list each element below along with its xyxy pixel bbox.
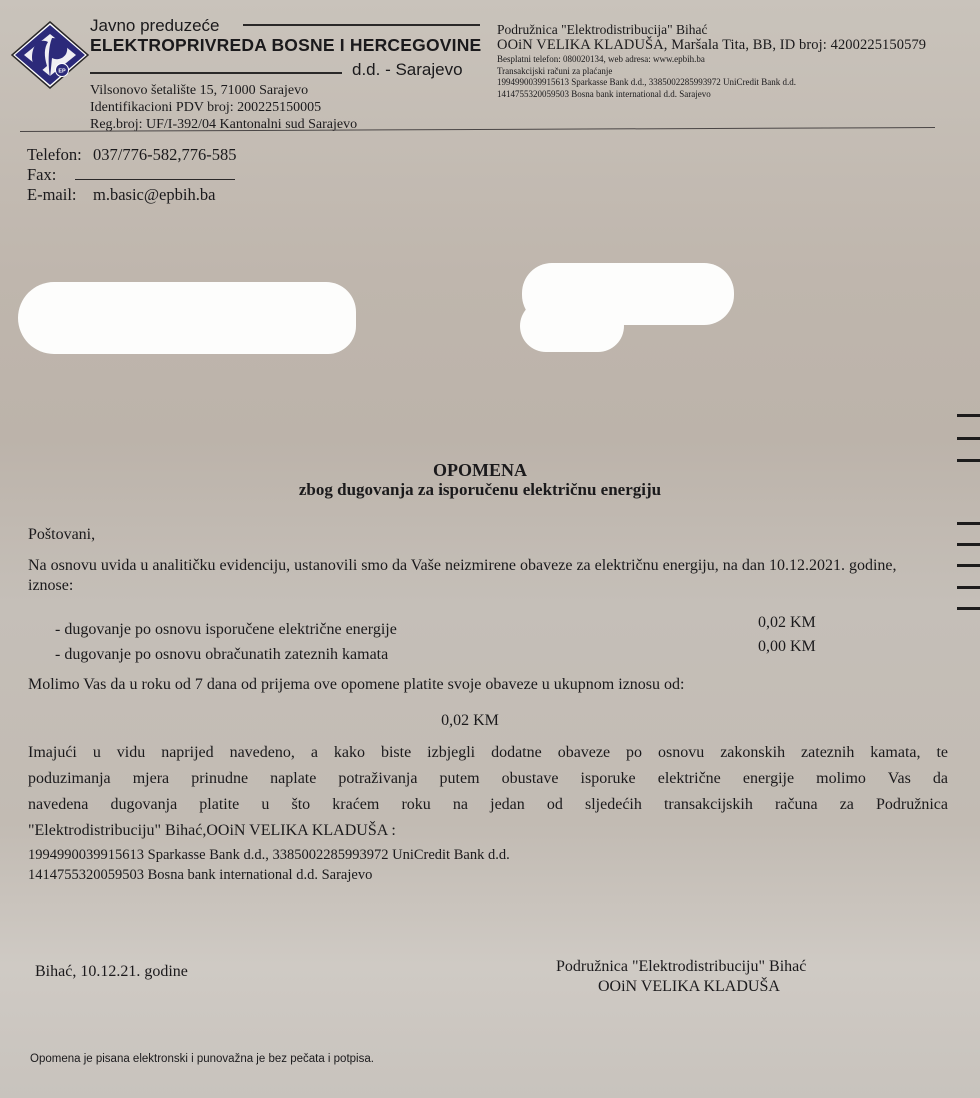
signature-unit: OOiN VELIKA KLADUŠA bbox=[598, 978, 780, 996]
address-line: Vilsonovo šetalište 15, 71000 Sarajevo bbox=[90, 82, 357, 99]
email-value: m.basic@epbih.ba bbox=[93, 185, 215, 205]
edge-tick-mark bbox=[957, 522, 980, 525]
branch-phone-web: Besplatni telefon: 080020134, web adresa… bbox=[497, 54, 926, 66]
redacted-recipient-name bbox=[18, 282, 356, 354]
fax-value-line bbox=[75, 165, 235, 180]
bank-account-line: 1414755320059503 Bosna bank internationa… bbox=[28, 867, 372, 884]
debt-item-amount: 0,00 KM bbox=[758, 637, 816, 657]
fax-label: Fax: bbox=[27, 165, 75, 185]
branch-name: Podružnica "Elektrodistribucija" Bihać bbox=[497, 22, 926, 37]
total-amount: 0,02 KM bbox=[0, 711, 940, 731]
phone-value: 037/776-582,776-585 bbox=[93, 145, 236, 165]
edge-tick-mark bbox=[957, 564, 980, 567]
debt-item-amount: 0,02 KM bbox=[758, 613, 816, 633]
contact-block: Telefon: 037/776-582,776-585 Fax: E-mail… bbox=[27, 145, 236, 205]
svg-text:EP: EP bbox=[58, 69, 66, 75]
branch-address: OOiN VELIKA KLADUŠA, Maršala Tita, BB, I… bbox=[497, 37, 926, 54]
company-suffix: d.d. - Sarajevo bbox=[352, 60, 463, 80]
debt-item-label: - dugovanje po osnovu obračunatih zatezn… bbox=[55, 645, 388, 665]
edge-tick-mark bbox=[957, 459, 980, 462]
edge-tick-mark bbox=[957, 414, 980, 417]
bank-account-line: 1994990039915613 Sparkasse Bank d.d., 33… bbox=[28, 847, 510, 864]
company-address: Vilsonovo šetalište 15, 71000 Sarajevo I… bbox=[90, 82, 357, 133]
signature-branch: Podružnica "Elektrodistribuciju" Bihać bbox=[556, 958, 806, 976]
branch-account-line: 1994990039915613 Sparkasse Bank d.d., 33… bbox=[497, 77, 926, 89]
phone-label: Telefon: bbox=[27, 145, 93, 165]
warning-paragraph: Imajući u vidu naprijed navedeno, a kako… bbox=[28, 740, 948, 844]
letter-title: OPOMENA bbox=[0, 460, 960, 481]
edge-tick-mark bbox=[957, 437, 980, 440]
header-rule-middle bbox=[90, 72, 342, 74]
warning-line: navedena dugovanja platite u što kraćem … bbox=[28, 792, 948, 818]
branch-info: Podružnica "Elektrodistribucija" Bihać O… bbox=[497, 22, 926, 100]
edge-tick-mark bbox=[957, 543, 980, 546]
branch-accounts-label: Transakcijski računi za plaćanje bbox=[497, 66, 926, 78]
payment-request: Molimo Vas da u roku od 7 dana od prijem… bbox=[28, 675, 684, 695]
email-label: E-mail: bbox=[27, 185, 93, 205]
edge-tick-mark bbox=[957, 607, 980, 610]
vat-id-line: Identifikacioni PDV broj: 200225150005 bbox=[90, 99, 357, 116]
footer-note: Opomena je pisana elektronski i punovažn… bbox=[30, 1053, 374, 1065]
edge-tick-mark bbox=[957, 586, 980, 589]
warning-line: poduzimanja mjera prinudne naplate potra… bbox=[28, 766, 948, 792]
branch-account-line: 1414755320059503 Bosna bank internationa… bbox=[497, 89, 926, 101]
greeting: Poštovani, bbox=[28, 525, 95, 545]
place-and-date: Bihać, 10.12.21. godine bbox=[35, 963, 188, 981]
letter-subtitle: zbog dugovanja za isporučenu električnu … bbox=[0, 480, 960, 500]
warning-line: "Elektrodistribuciju" Bihać,OOiN VELIKA … bbox=[28, 818, 948, 844]
header-rule-top bbox=[243, 24, 480, 26]
company-name: ELEKTROPRIVREDA BOSNE I HERCEGOVINE bbox=[90, 35, 481, 56]
intro-paragraph: Na osnovu uvida u analitičku evidenciju,… bbox=[28, 556, 943, 596]
warning-line: Imajući u vidu naprijed navedeno, a kako… bbox=[28, 740, 948, 766]
redacted-recipient-address-part bbox=[520, 300, 624, 352]
company-prefix: Javno preduzeće bbox=[90, 16, 219, 36]
epbih-logo-icon: EP bbox=[10, 20, 90, 90]
debt-item-label: - dugovanje po osnovu isporučene elektri… bbox=[55, 620, 397, 640]
